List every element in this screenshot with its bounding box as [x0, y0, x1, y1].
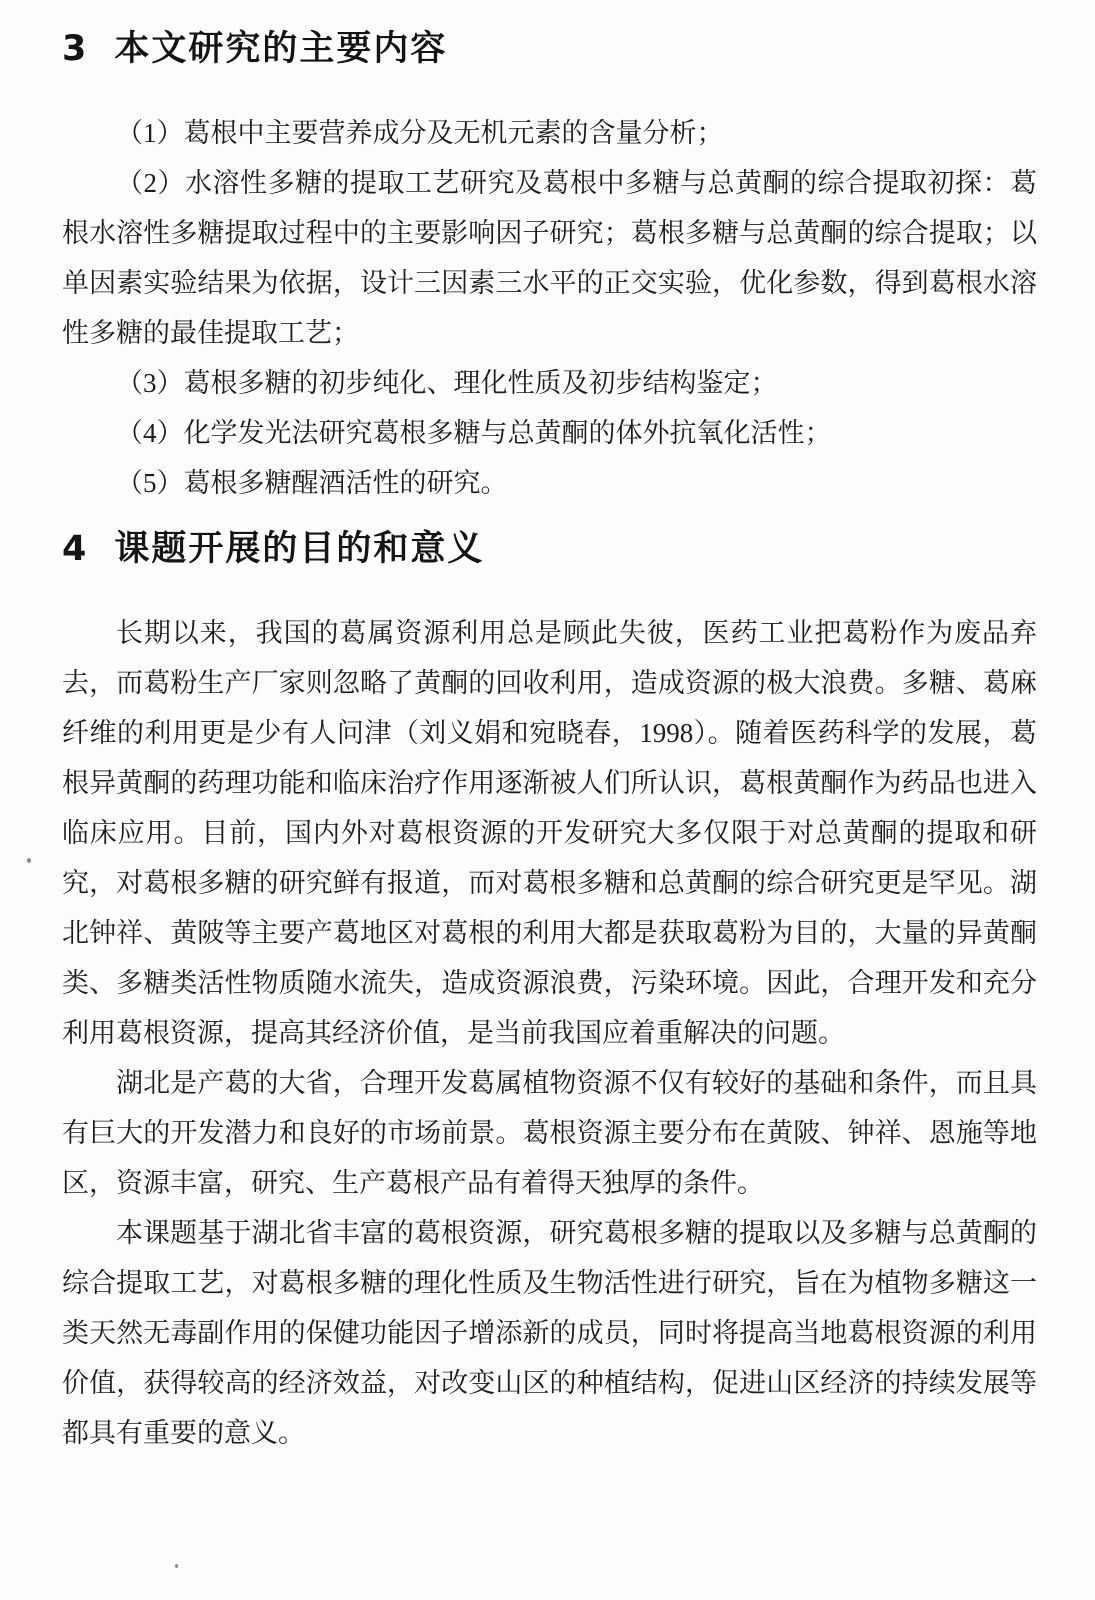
- research-item-2: （2）水溶性多糖的提取工艺研究及葛根中多糖与总黄酮的综合提取初探：葛根水溶性多糖…: [62, 158, 1037, 358]
- section-4-number: 4: [62, 526, 86, 572]
- section-3-title: 本文研究的主要内容: [114, 29, 447, 69]
- research-item-4: （4）化学发光法研究葛根多糖与总黄酮的体外抗氧化活性；: [62, 408, 1037, 458]
- research-item-5: （5）葛根多糖醒酒活性的研究。: [62, 458, 1037, 508]
- section-4-heading: 4课题开展的目的和意义: [62, 526, 1037, 572]
- section-3-heading: 3本文研究的主要内容: [62, 26, 1037, 72]
- purpose-paragraph-3: 本课题基于湖北省丰富的葛根资源，研究葛根多糖的提取以及多糖与总黄酮的综合提取工艺…: [62, 1208, 1037, 1458]
- scan-artifact-dot: [175, 1564, 178, 1568]
- purpose-paragraph-2: 湖北是产葛的大省，合理开发葛属植物资源不仅有较好的基础和条件，而且具有巨大的开发…: [62, 1058, 1037, 1208]
- scan-artifact-dot: [27, 858, 31, 863]
- document-page: 3本文研究的主要内容 （1）葛根中主要营养成分及无机元素的含量分析； （2）水溶…: [0, 0, 1095, 1600]
- section-3-number: 3: [62, 26, 86, 72]
- research-item-1: （1）葛根中主要营养成分及无机元素的含量分析；: [62, 108, 1037, 158]
- research-item-3: （3）葛根多糖的初步纯化、理化性质及初步结构鉴定；: [62, 358, 1037, 408]
- purpose-paragraph-1: 长期以来，我国的葛属资源利用总是顾此失彼，医药工业把葛粉作为废品弃去，而葛粉生产…: [62, 608, 1037, 1058]
- section-4-title: 课题开展的目的和意义: [114, 529, 484, 569]
